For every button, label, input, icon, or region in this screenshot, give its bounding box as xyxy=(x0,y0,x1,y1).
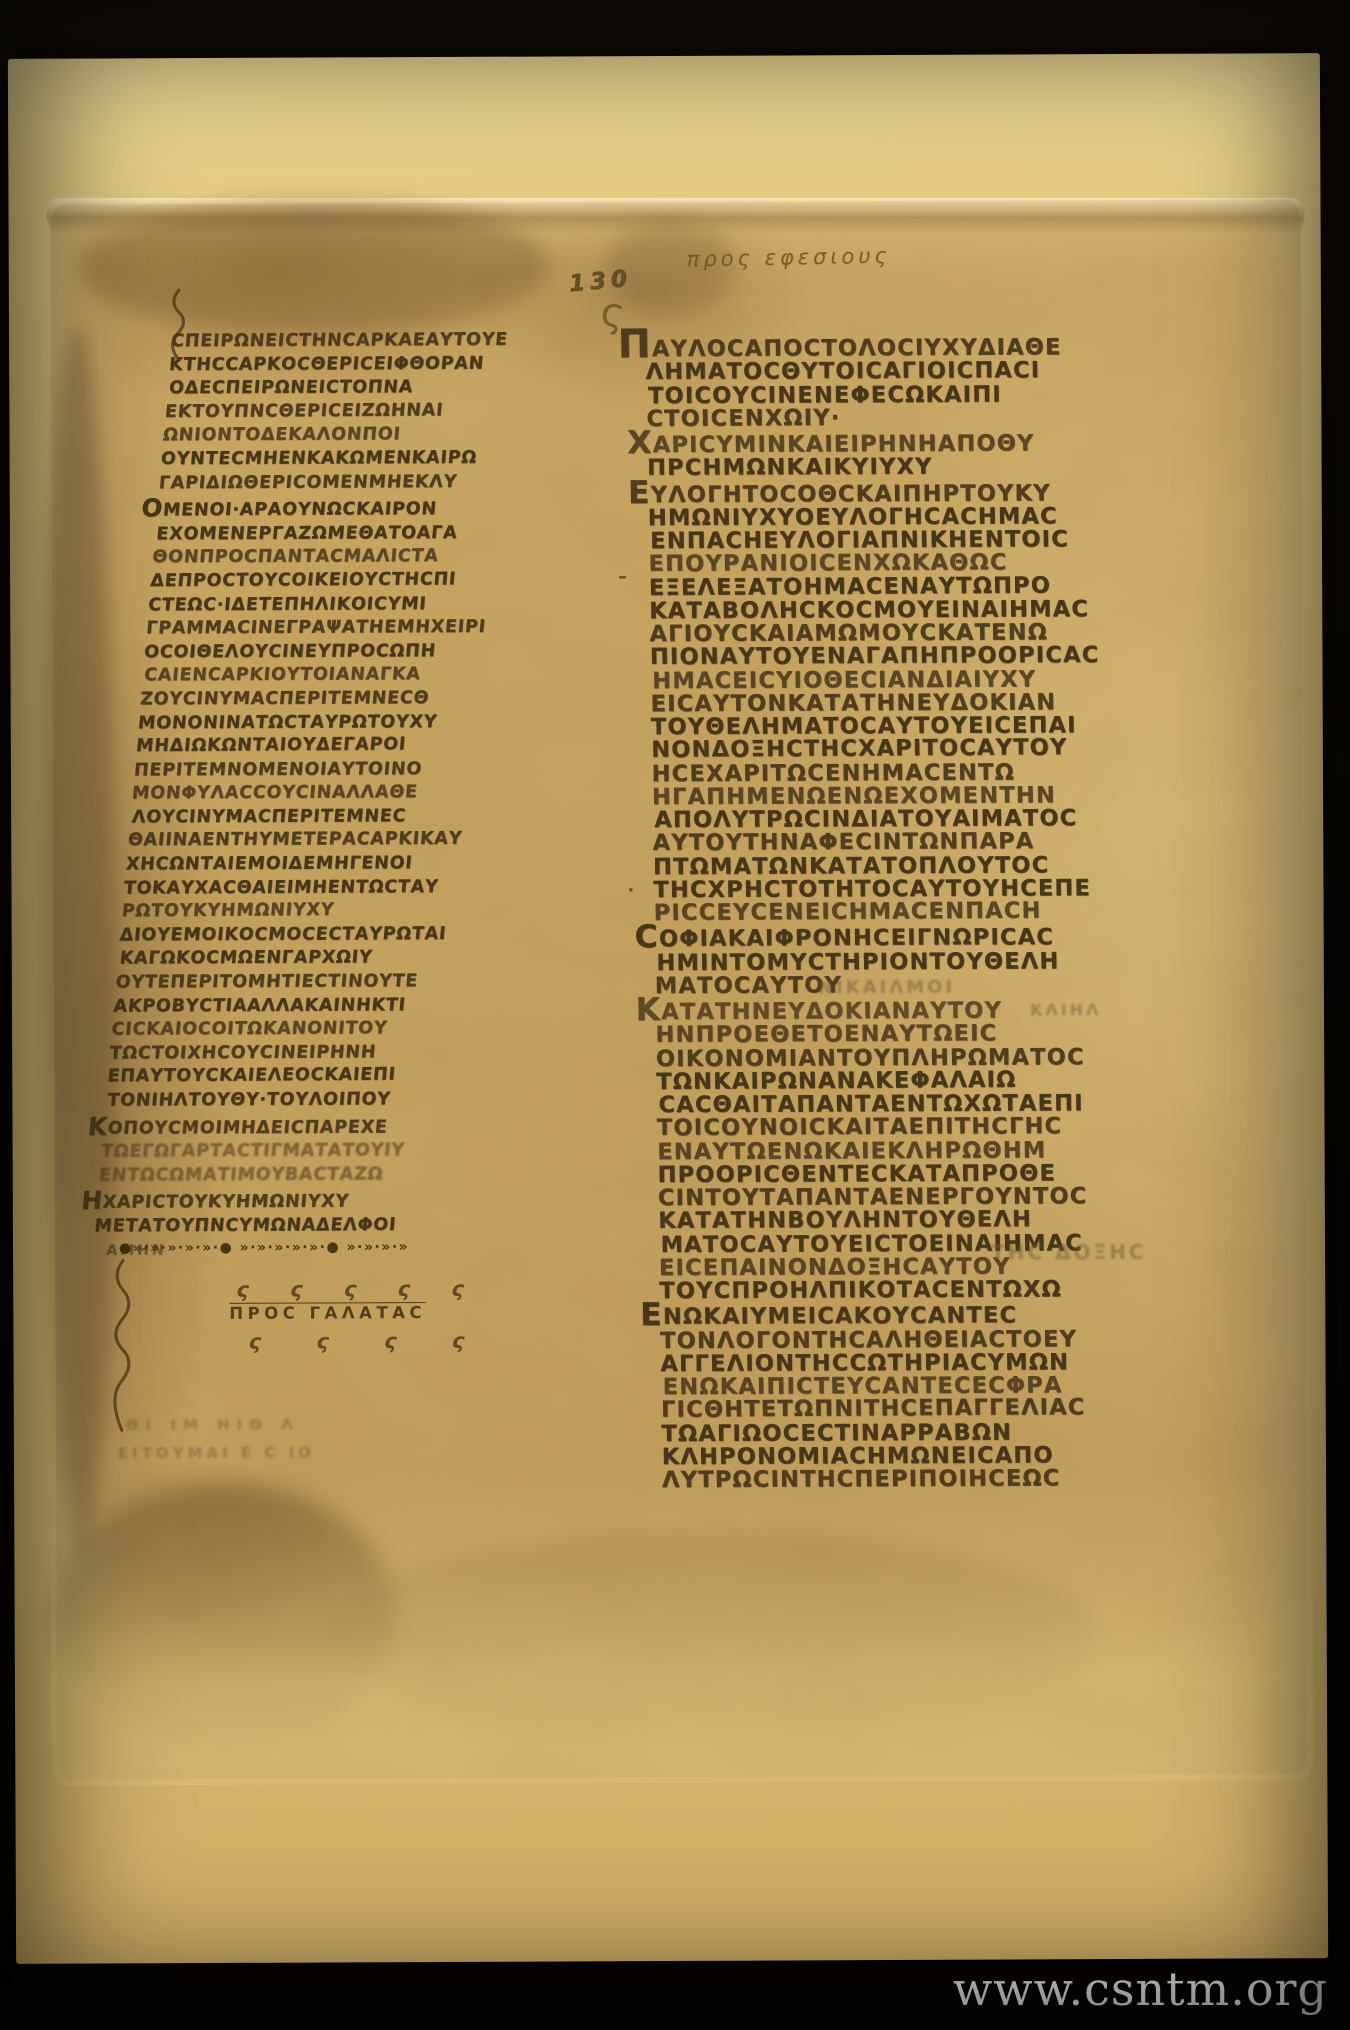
faded-ink-marks: ΤΗC ΔΟΞΗC xyxy=(991,1240,1147,1265)
colophon-separator-ornament: ●»·»·»·»·»·● »·»·»·»·»·● »·»·»·» xyxy=(119,1239,529,1257)
manuscript-line: ΔΕΠΡΟCΤΟΥCΟΙΚΕΙΟΥCΤΗCΠΙ xyxy=(149,568,491,594)
manuscript-line: ΝΟΝΔΟΞΗCΤΗCΧΑΡΙΤΟCΑΥΤΟΥ xyxy=(651,736,1101,762)
manuscript-line: ΜΟΝΟΝΙΝΑΤΩCΤΑΥΡΩΤΟΥΧΥ xyxy=(137,710,479,735)
manuscript-line: ΑΥΤΟΥΤΗΝΑΦΕCΙΝΤΩΝΠΑΡΑ xyxy=(652,830,1102,855)
parchment-stain xyxy=(54,1483,395,1749)
manuscript-line: ΚΤΗCCΑΡΚΟCΘΕΡΙCΕΙΦΘΟΡΑΝ xyxy=(168,352,510,377)
manuscript-line: ΖΟΥCΙΝΥΜΑCΠΕΡΙΤΕΜΝΕCΘ xyxy=(139,687,481,712)
right-text-column: ΠΑΥΛΟCΑΠΟCΤΟΛΟCΙΥΧΥΔΙΑΘΕΛΗΜΑΤΟCΘΥΤΟΙCΑΓΙ… xyxy=(645,330,1112,1492)
manuscript-line: ΠΑΥΛΟCΑΠΟCΤΟΛΟCΙΥΧΥΔΙΑΘΕ xyxy=(645,330,1095,361)
manuscript-line: ΧΑΡΙCΥΜΙΝΚΑΙΕΙΡΗΝΗΑΠΟΘΥ xyxy=(647,429,1097,457)
manuscript-line: ΛΥΤΡΩCΙΝΤΗCΠΕΡΙΠΟΙΗCΕΩC xyxy=(662,1467,1112,1492)
manuscript-line: ΠΕΡΙΤΕΜΝΟΜΕΝΟΙΑΥΤΟΙΝΟ xyxy=(133,758,475,783)
manuscript-line: CΑΙΕΝCΑΡΚΙΟΥΤΟΙΑΝΑΓΚΑ xyxy=(143,663,485,688)
manuscript-line: ΘΟΝΠΡΟCΠΑΝΤΑCΜΑΛΙCΤΑ xyxy=(151,545,493,570)
manuscript-line: ΡΙCCΕΥCΕΝΕΙCΗΜΑCΕΝΠΑCΗ xyxy=(653,899,1103,925)
parchment-stain xyxy=(78,199,549,336)
manuscript-line: ΗΧΑΡΙCΤΟΥΚΥΗΜΩΝΙΥΧΥ xyxy=(95,1186,437,1215)
manuscript-line: ΛΟΥCΙΝΥΜΑCΠΕΡΙΤΕΜΝΕC xyxy=(131,805,473,830)
manuscript-line: ΓΑΡΙΔΙΩΘΕΡΙCΟΜΕΝΜΗΕΚΛΥ xyxy=(158,470,500,495)
manuscript-line: ΕΠΑΥΤΟΥCΚΑΙΕΛΕΟCΚΑΙΕΠΙ xyxy=(106,1064,448,1090)
manuscript-line: ΕΝΩΚΑΙΥΜΕΙCΑΚΟΥCΑΝΤΕC xyxy=(659,1301,1109,1329)
manuscript-line: ΜΕΤΑΤΟΥΠΝCΥΜΩΝΑΔΕΛΦΟΙ xyxy=(93,1214,435,1239)
manuscript-line: ΠΡCΗΜΩΝΚΑΙΚΥΙΥΧΥ xyxy=(647,455,1097,480)
manuscript-line: ΤΩΕΓΩΓΑΡΤΑCΤΙΓΜΑΤΑΤΟΥΙΥ xyxy=(100,1139,442,1164)
manuscript-line: ΕΙCΑΥΤΟΝΚΑΤΑΤΗΝΕΥΔΟΚΙΑΝ xyxy=(650,691,1100,716)
faded-offset-text: ΘΙ ΙΜ ΗΙΘ Λ xyxy=(126,1416,300,1435)
manuscript-line: ΗΜΙΝΤΟΜΥCΤΗΡΙΟΝΤΟΥΘΕΛΗ xyxy=(656,950,1106,975)
faded-offset-text: ΕΙΤΟΥΜΑΙ Ε C ΙΟ xyxy=(118,1444,315,1463)
subscription-title: ΠΡΟC ΓΑΛΑΤΑC xyxy=(229,1303,426,1323)
manuscript-line: ΟΜΕΝΟΙ·ΑΡΑΟΥΝΩCΚΑΙΡΟΝ xyxy=(155,494,497,523)
manuscript-photo: 130 ς προς εφεσιους CΠΕΙΡΩΝΕΙCΤΗΝCΑΡΚΑΕΑ… xyxy=(0,0,1350,2030)
manuscript-line: ΕΚΤΟΥΠΝCΘΕΡΙCΕΙΖΩΗΝΑΙ xyxy=(164,399,506,425)
manuscript-line: ΤΟΚΑΥΧΑCΘΑΙΕΙΜΗΕΝΤΩCΤΑΥ xyxy=(123,876,465,901)
manuscript-line: ΕΧΟΜΕΝΕΡΓΑΖΩΜΕΘΑΤΟΑΓΑ xyxy=(155,521,497,546)
manuscript-line: ΩΝΙΟΝΤΟΔΕΚΑΛΟΝΠΟΙ xyxy=(162,423,504,448)
colophon-flourish-row: ς ς ς ς ς xyxy=(234,1277,484,1302)
marginal-mark: – xyxy=(618,566,627,587)
manuscript-line: ΚΑΓΩΚΟCΜΩΕΝΓΑΡΧΩΙΥ xyxy=(118,946,460,971)
manuscript-line: CΙCΚΑΙΟCΟΙΤΩΚΑΝΟΝΙΤΟΥ xyxy=(110,1017,452,1042)
manuscript-line: ΤΩCΤΟΙΧΗCΟΥCΙΝΕΙΡΗΝΗ xyxy=(108,1041,450,1066)
faded-ink-marks: ΚΛΙΗΛ xyxy=(1030,1000,1102,1019)
manuscript-line: CΤΟΙCΕΝΧΩΙΥ· xyxy=(646,405,1096,431)
manuscript-line: ΘΑΙΙΝΑΕΝΤΗΥΜΕΤΕΡΑCΑΡΚΙΚΑΥ xyxy=(127,828,469,853)
manuscript-line: ΤΟΝΙΗΛΤΟΥΘΥ·ΤΟΥΛΟΙΠΟΥ xyxy=(106,1088,448,1113)
parchment-stain xyxy=(316,1530,1097,1738)
manuscript-line: CΤΕΩC·ΙΔΕΤΕΠΗΛΙΚΟΙCΥΜΙ xyxy=(147,592,489,617)
manuscript-line: ΜΟΝΦΥΛΑCCΟΥCΙΝΑΛΛΑΘΕ xyxy=(131,781,473,806)
manuscript-line: ΟΔΕCΠΕΙΡΩΝΕΙCΤΟΠΝΑ xyxy=(168,376,510,401)
manuscript-line: ΓΡΑΜΜΑCΙΝΕΓΡΑΨΑΤΗΕΜΗΧΕΙΡΙ xyxy=(145,616,487,641)
running-title: προς εφεσιους xyxy=(687,244,892,272)
manuscript-line: ΕΝΤΩCΩΜΑΤΙΜΟΥΒΑCΤΑΖΩ xyxy=(98,1163,440,1188)
csntm-watermark: www.csntm.org xyxy=(953,1962,1328,2016)
manuscript-line: ΟCΟΙΘΕΛΟΥCΙΝΕΥΠΡΟCΩΠΗ xyxy=(143,640,485,665)
manuscript-line: ΜΗΔΙΩΚΩΝΤΑΙΟΥΔΕΓΑΡΟΙ xyxy=(135,733,477,759)
manuscript-line: ΑΚΡΟΒΥCΤΙΑΑΛΛΑΚΑΙΝΗΚΤΙ xyxy=(112,994,454,1019)
colophon-flourish-row: ς ς ς ς xyxy=(247,1329,493,1354)
manuscript-line: ΚΟΠΟΥCΜΟΙΜΗΔΕΙCΠΑΡΕΧΕ xyxy=(102,1112,444,1141)
manuscript-line: ΔΙΟΥΕΜΟΙΚΟCΜΟCΕCΤΑΥΡΩΤΑΙ xyxy=(119,923,461,948)
manuscript-line: ΧΗCΩΝΤΑΙΕΜΟΙΔΕΜΗΓΕΝΟΙ xyxy=(125,852,467,877)
coronis-flourish-icon xyxy=(107,1256,138,1436)
manuscript-line: ΟΥΤΕΠΕΡΙΤΟΜΗΤΙΕCΤΙΝΟΥΤΕ xyxy=(114,970,456,995)
faded-ink-marks: ΝΙΚΑΙΛΜΟΙ xyxy=(818,977,955,999)
manuscript-line: ΤΟΝΛΟΓΟΝΤΗCΑΛΗΘΕΙΑCΤΟΕΥ xyxy=(660,1328,1110,1353)
manuscript-line: ΤΟΥCΠΡΟΗΛΠΙΚΟΤΑCΕΝΤΩΧΩ xyxy=(659,1278,1109,1303)
manuscript-line: ΕΞΕΛΕΞΑΤΟΗΜΑCΕΝΑΥΤΩΠΡΟ xyxy=(649,574,1099,600)
manuscript-line: CΠΕΙΡΩΝΕΙCΤΗΝCΑΡΚΑΕΑΥΤΟΥΕ xyxy=(170,329,512,354)
manuscript-line: ΟΥΝΤΕCΜΗΕΝΚΑΚΩΜΕΝΚΑΙΡΩ xyxy=(160,447,502,472)
manuscript-line: ΤΟΙCΟΥCΙΝΕΝΕΦΕCΩΚΑΙΠΙ xyxy=(648,383,1098,408)
manuscript-line: ΕΝΑΥΤΩΕΝΩΚΑΙΕΚΛΗΡΩΘΗΜ xyxy=(657,1139,1107,1164)
manuscript-line: ΓΙCΘΗΤΕΤΩΠΝΙΤΗCΕΠΑΓΓΕΛΙΑC xyxy=(661,1396,1111,1422)
marginal-mark: · xyxy=(627,880,634,901)
manuscript-line: ΕΥΛΟΓΗΤΟCΟΘCΚΑΙΠΗΡΤΟΥΚΥ xyxy=(647,479,1097,507)
photo-print: 130 ς προς εφεσιους CΠΕΙΡΩΝΕΙCΤΗΝCΑΡΚΑΕΑ… xyxy=(8,53,1328,1964)
manuscript-line: ΡΩΤΟΥΚΥΗΜΩΝΙΥΧΥ xyxy=(121,898,463,924)
